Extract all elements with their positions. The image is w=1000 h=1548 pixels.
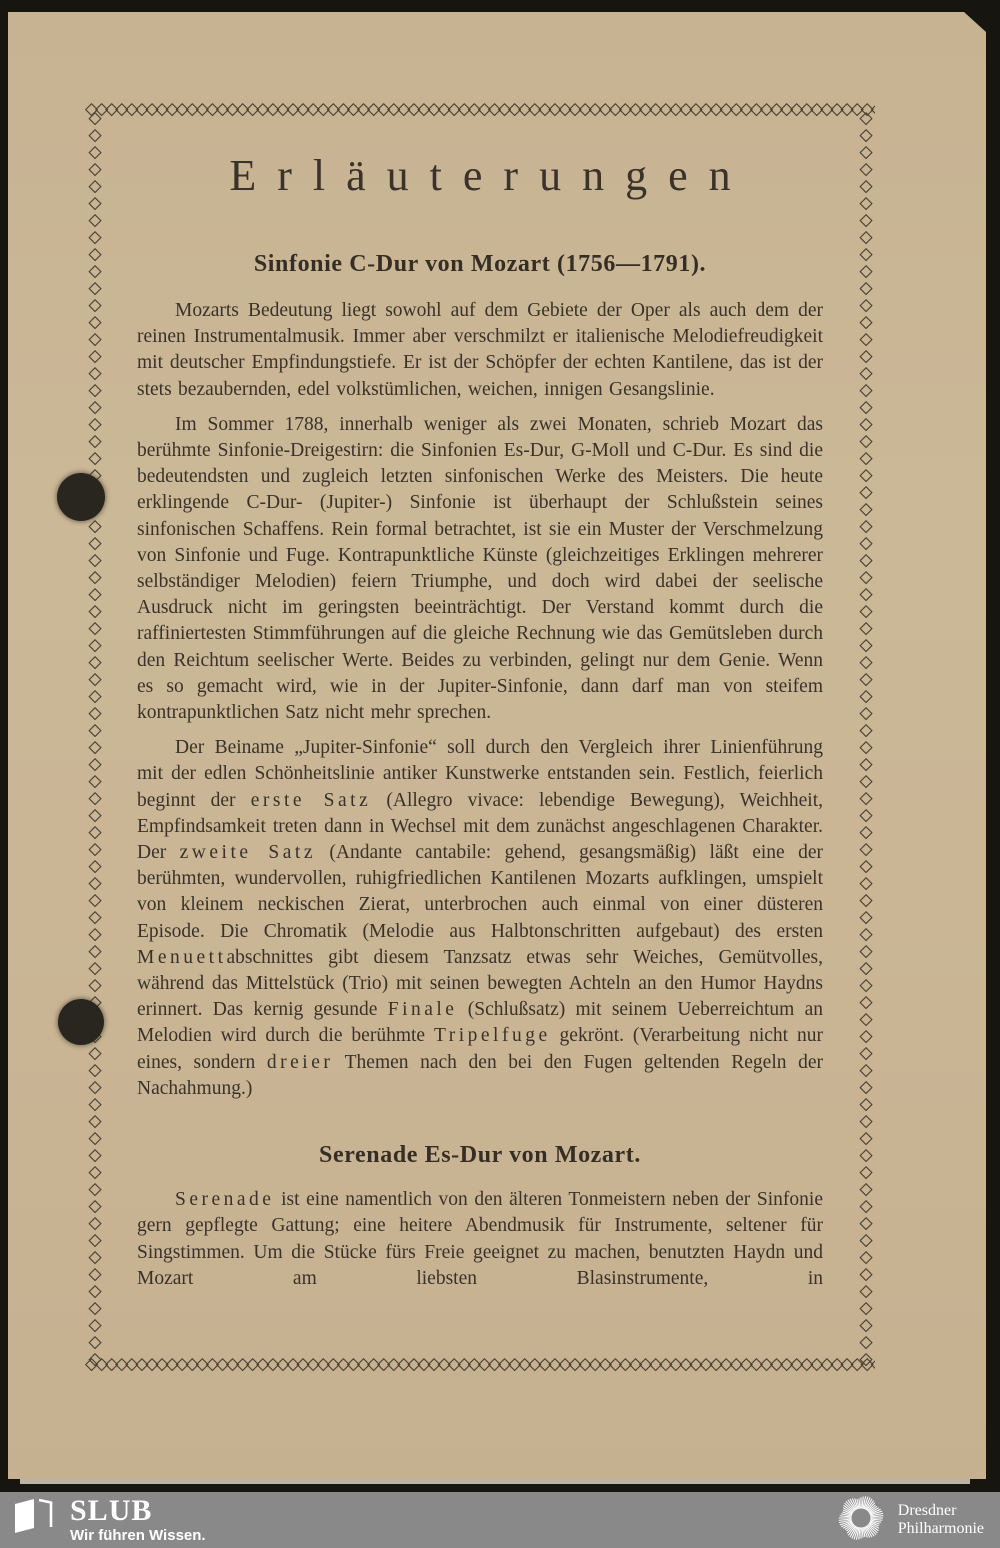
paragraph: Im Sommer 1788, innerhalb weniger als zw…: [137, 412, 823, 726]
paragraph: Serenade ist eine namentlich von den ält…: [137, 1187, 823, 1292]
slub-wordmark: SLUB: [70, 1497, 206, 1525]
open-book-icon: [13, 1497, 55, 1538]
punch-hole-bottom: [58, 999, 104, 1045]
document-sections: Sinfonie C-Dur von Mozart (1756—1791).Mo…: [137, 251, 823, 1292]
philharmonie-name-line1: Dresdner: [898, 1502, 984, 1520]
sunburst-icon: [836, 1493, 886, 1548]
page-stack-edge: [20, 1479, 970, 1484]
slub-logo-link[interactable]: SLUB Wir führen Wissen.: [13, 1497, 206, 1544]
document-content: Erläuterungen Sinfonie C-Dur von Mozart …: [95, 110, 865, 1364]
viewer-footer-bar: SLUB Wir führen Wissen. Dresdner Philhar…: [0, 1492, 1000, 1548]
page-title: Erläuterungen: [137, 150, 823, 201]
paragraph: Der Beiname „Jupiter-Sinfonie“ soll durc…: [137, 735, 823, 1102]
scanned-page: ◇◇◇◇◇◇◇◇◇◇◇◇◇◇◇◇◇◇◇◇◇◇◇◇◇◇◇◇◇◇◇◇◇◇◇◇◇◇◇◇…: [8, 12, 986, 1479]
dresdner-philharmonie-logo-link[interactable]: Dresdner Philharmonie: [836, 1493, 984, 1548]
slub-tagline: Wir führen Wissen.: [70, 1527, 206, 1544]
punch-hole-top: [57, 473, 105, 521]
philharmonie-name-line2: Philharmonie: [898, 1520, 984, 1538]
ornamental-border-frame: ◇◇◇◇◇◇◇◇◇◇◇◇◇◇◇◇◇◇◇◇◇◇◇◇◇◇◇◇◇◇◇◇◇◇◇◇◇◇◇◇…: [95, 110, 865, 1364]
section-heading: Serenade Es-Dur von Mozart.: [137, 1142, 823, 1169]
section-heading: Sinfonie C-Dur von Mozart (1756—1791).: [137, 251, 823, 278]
paragraph: Mozarts Bedeutung liegt sowohl auf dem G…: [137, 298, 823, 403]
